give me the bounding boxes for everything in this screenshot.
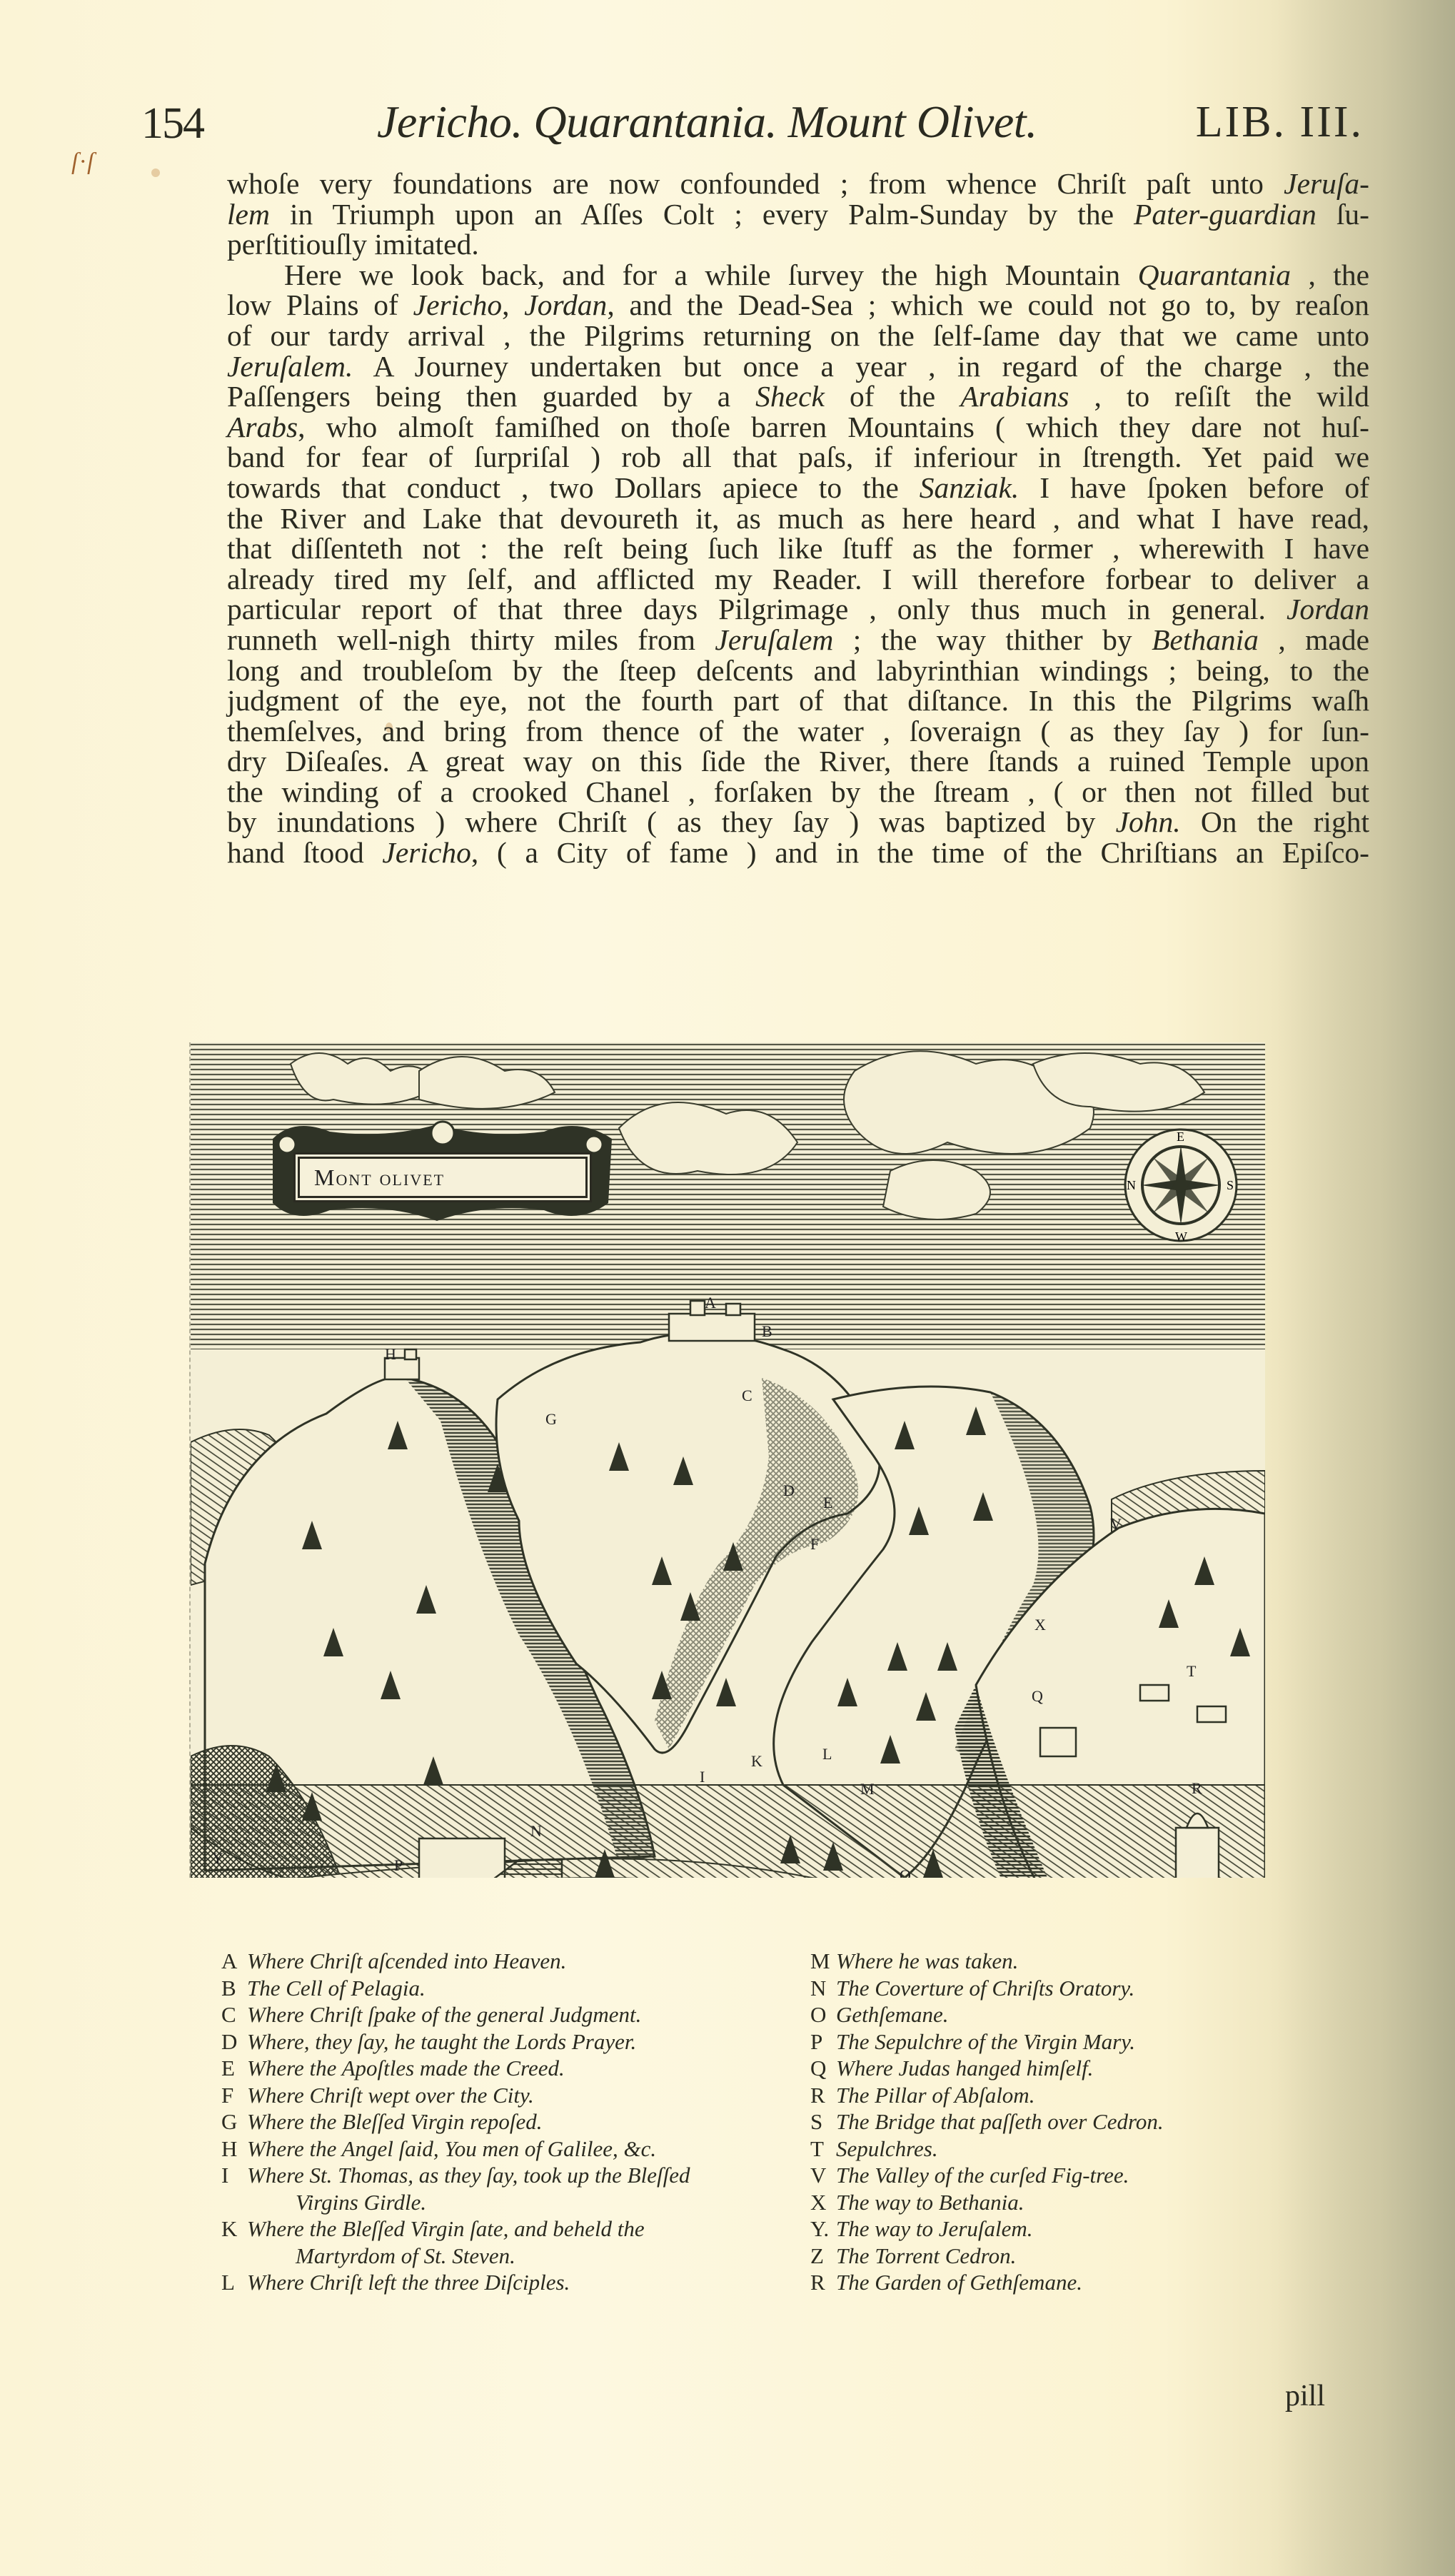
italic-term: Sanziak. xyxy=(920,471,1019,504)
legend-item: TSepulchres. xyxy=(810,2135,1310,2163)
legend-text: The way to Jeruſalem. xyxy=(836,2215,1033,2243)
text-run: dry Diſeaſes. A great way on this ſide t… xyxy=(227,745,1369,778)
page-number: 154 xyxy=(141,99,203,149)
legend-item: MWhere he was taken. xyxy=(810,1948,1310,1975)
legend-key: F xyxy=(221,2082,247,2109)
legend-item: LWhere Chriſt left the three Diſciples. xyxy=(221,2269,792,2296)
legend-item: IWhere St. Thomas, as they ſay, took up … xyxy=(221,2162,792,2215)
legend-text: Where Chriſt ſpake of the general Judgme… xyxy=(247,2001,641,2028)
foxing-stain xyxy=(151,168,160,177)
italic-term: Jeruſa- xyxy=(1284,167,1369,200)
legend-key: S xyxy=(810,2108,836,2135)
book-number: LIB. III. xyxy=(1196,97,1364,148)
legend-key: Z xyxy=(810,2243,836,2270)
running-header: 154 Jericho. Quarantania. Mount Olivet. … xyxy=(141,91,1364,156)
text-line: Paſſengers being then guarded by a Sheck… xyxy=(227,381,1369,412)
text-line: judgment of the eye, not the fourth part… xyxy=(227,685,1369,716)
italic-term: Arabians xyxy=(960,380,1069,413)
legend-item: HWhere the Angel ſaid, You men of Galile… xyxy=(221,2135,792,2163)
legend-text: The Torrent Cedron. xyxy=(836,2243,1016,2270)
legend-text: Where the Bleſſed Virgin repoſed. xyxy=(247,2108,543,2135)
legend-text: The way to Bethania. xyxy=(836,2189,1024,2216)
legend-key: B xyxy=(221,1975,247,2002)
legend-key: I xyxy=(221,2162,247,2189)
map-key-label: Y xyxy=(212,1849,223,1868)
text-run: , and the Dead-Sea ; which we could not … xyxy=(607,288,1369,321)
text-run: that diſſenteth not : the reſt being ſuc… xyxy=(227,532,1369,565)
map-key-label: A xyxy=(705,1294,716,1312)
legend-item: KWhere the Bleſſed Virgin ſate, and behe… xyxy=(221,2215,792,2269)
text-line: by inundations ) where Chriſt ( as they … xyxy=(227,807,1369,837)
text-run: towards that conduct , two Dollars apiec… xyxy=(227,471,920,504)
text-run: , the xyxy=(1291,258,1369,291)
legend-item: CWhere Chriſt ſpake of the general Judgm… xyxy=(221,2001,792,2028)
legend-item: DWhere, they ſay, he taught the Lords Pr… xyxy=(221,2028,792,2056)
text-line: long and troubleſom by the ſteep deſcent… xyxy=(227,655,1369,686)
text-run: perſtitiouſly imitated. xyxy=(227,228,479,261)
legend-text: Sepulchres. xyxy=(836,2135,938,2163)
text-run: themſelves, and bring from thence of the… xyxy=(227,715,1369,748)
map-key-label: E xyxy=(823,1494,832,1512)
legend-left-column: AWhere Chriſt aſcended into Heaven.BThe … xyxy=(221,1948,792,2296)
text-line: dry Diſeaſes. A great way on this ſide t… xyxy=(227,746,1369,777)
italic-term: Arabs xyxy=(227,411,298,443)
legend-item: GWhere the Bleſſed Virgin repoſed. xyxy=(221,2108,792,2135)
mount-olivet-engraving: Mont olivet E N S W ABCDEFGHIKLMNOPQRSTV… xyxy=(189,1042,1265,1878)
title-cartouche: Mont olivet xyxy=(258,1117,626,1228)
legend-item: ZThe Torrent Cedron. xyxy=(810,2243,1310,2270)
map-key-label: N xyxy=(530,1822,542,1841)
text-run: ſu- xyxy=(1316,198,1369,231)
legend-key: R xyxy=(810,2082,836,2109)
text-run: hand ſtood xyxy=(227,836,382,869)
legend-text: The Sepulchre of the Virgin Mary. xyxy=(836,2028,1135,2056)
text-line: the winding of a crooked Chanel , forſak… xyxy=(227,777,1369,807)
map-key-label: V xyxy=(1110,1515,1122,1534)
legend-item: RThe Garden of Gethſemane. xyxy=(810,2269,1310,2296)
italic-term: John. xyxy=(1116,805,1181,838)
compass-rose-icon: E N S W xyxy=(1122,1127,1240,1244)
legend-right-column: MWhere he was taken.NThe Coverture of Ch… xyxy=(810,1948,1310,2296)
italic-term: Jordan xyxy=(524,288,607,321)
text-line: already tired my ſelf, and afflicted my … xyxy=(227,564,1369,595)
map-key-label: Q xyxy=(1032,1687,1043,1706)
legend-text: Where, they ſay, he taught the Lords Pra… xyxy=(247,2028,636,2056)
legend-text: The Garden of Gethſemane. xyxy=(836,2269,1082,2296)
legend-text-continuation: Martyrdom of St. Steven. xyxy=(221,2243,792,2270)
legend-text: The Bridge that paſſeth over Cedron. xyxy=(836,2108,1164,2135)
legend-item: QWhere Judas hanged himſelf. xyxy=(810,2055,1310,2082)
legend-text: The Pillar of Abſalom. xyxy=(836,2082,1034,2109)
text-line: the River and Lake that devoureth it, as… xyxy=(227,503,1369,534)
legend-item: SThe Bridge that paſſeth over Cedron. xyxy=(810,2108,1310,2135)
italic-term: Jeruſalem. xyxy=(227,350,353,383)
legend-item: Y.The way to Jeruſalem. xyxy=(810,2215,1310,2243)
text-run: I have ſpoken before of xyxy=(1019,471,1369,504)
text-run: , xyxy=(502,288,524,321)
map-key-label: C xyxy=(742,1387,752,1405)
text-line: Jeruſalem. A Journey undertaken but once… xyxy=(227,351,1369,382)
text-run: the River and Lake that devoureth it, as… xyxy=(227,502,1369,535)
text-run: the winding of a crooked Chanel , forſak… xyxy=(227,775,1369,808)
legend-item: AWhere Chriſt aſcended into Heaven. xyxy=(221,1948,792,1975)
italic-term: Bethania xyxy=(1152,623,1259,656)
text-run: runneth well-nigh thirty miles from xyxy=(227,623,715,656)
text-run: judgment of the eye, not the fourth part… xyxy=(227,684,1369,717)
legend-text: Where St. Thomas, as they ſay, took up t… xyxy=(247,2162,690,2189)
map-key-label: L xyxy=(822,1745,832,1764)
text-run: ; the way thither by xyxy=(833,623,1152,656)
text-run: long and troubleſom by the ſteep deſcent… xyxy=(227,654,1369,687)
legend-key: A xyxy=(221,1948,247,1975)
text-run: low Plains of xyxy=(227,288,413,321)
text-line: whoſe very foundations are now confounde… xyxy=(227,168,1369,199)
legend-text-continuation: Virgins Girdle. xyxy=(221,2189,792,2216)
legend-text: Where the Apoſtles made the Creed. xyxy=(247,2055,565,2082)
text-run: whoſe very foundations are now confounde… xyxy=(227,167,1284,200)
text-line: towards that conduct , two Dollars apiec… xyxy=(227,473,1369,503)
legend-text: Where the Bleſſed Virgin ſate, and behel… xyxy=(247,2215,645,2243)
svg-text:E: E xyxy=(1177,1129,1184,1144)
legend-item: FWhere Chriſt wept over the City. xyxy=(221,2082,792,2109)
svg-text:W: W xyxy=(1175,1229,1187,1244)
legend-item: NThe Coverture of Chriſts Oratory. xyxy=(810,1975,1310,2002)
legend-key: R xyxy=(810,2269,836,2296)
map-key-label: X xyxy=(1034,1616,1046,1634)
map-key-label: B xyxy=(762,1322,772,1341)
text-run: of the xyxy=(825,380,960,413)
map-key-label: K xyxy=(751,1752,762,1771)
italic-term: Jordan xyxy=(1287,593,1369,625)
map-key-label: T xyxy=(1187,1662,1196,1681)
legend-key: K xyxy=(221,2215,247,2243)
running-title: Jericho. Quarantania. Mount Olivet. xyxy=(377,96,1037,149)
margin-annotation: ſ·ſ xyxy=(71,149,95,176)
text-run: , ( a City of fame ) and in the time of … xyxy=(471,836,1369,869)
legend-key: P xyxy=(810,2028,836,2056)
text-run: Here we look back, and for a while ſurve… xyxy=(284,258,1138,291)
legend-item: PThe Sepulchre of the Virgin Mary. xyxy=(810,2028,1310,2056)
legend-key: N xyxy=(810,1975,836,2002)
legend-key: X xyxy=(810,2189,836,2216)
text-run: A Journey undertaken but once a year , i… xyxy=(353,350,1369,383)
legend-text: The Valley of the curſed Fig-tree. xyxy=(836,2162,1129,2189)
legend-key: V xyxy=(810,2162,836,2189)
legend-key: D xyxy=(221,2028,247,2056)
text-line: low Plains of Jericho, Jordan, and the D… xyxy=(227,290,1369,321)
legend-text: The Coverture of Chriſts Oratory. xyxy=(836,1975,1134,2002)
legend-key: Y. xyxy=(810,2215,836,2243)
legend-text: Where Chriſt left the three Diſciples. xyxy=(247,2269,570,2296)
text-run: already tired my ſelf, and afflicted my … xyxy=(227,563,1369,595)
map-key-label: H xyxy=(385,1345,396,1364)
map-key-label: R xyxy=(1192,1779,1202,1798)
map-key-label: G xyxy=(545,1410,557,1429)
body-text: whoſe very foundations are now confounde… xyxy=(227,168,1369,868)
text-run: by inundations ) where Chriſt ( as they … xyxy=(227,805,1116,838)
italic-term: Pater-guardian xyxy=(1134,198,1316,231)
text-line: lem in Triumph upon an Aſſes Colt ; ever… xyxy=(227,199,1369,230)
legend-text: Where the Angel ſaid, You men of Galilee… xyxy=(247,2135,656,2163)
italic-term: lem xyxy=(227,198,270,231)
text-line: of our tardy arrival , the Pilgrims retu… xyxy=(227,321,1369,351)
legend-key: T xyxy=(810,2135,836,2163)
text-line: themſelves, and bring from thence of the… xyxy=(227,716,1369,747)
legend-key: Q xyxy=(810,2055,836,2082)
map-key-label: F xyxy=(810,1535,819,1554)
italic-term: Sheck xyxy=(755,380,825,413)
legend-key: O xyxy=(810,2001,836,2028)
text-run: , who almoſt famiſhed on thoſe barren Mo… xyxy=(298,411,1369,443)
text-run: in Triumph upon an Aſſes Colt ; every Pa… xyxy=(270,198,1134,231)
text-run: On the right xyxy=(1181,805,1369,838)
legend-text: Where Chriſt aſcended into Heaven. xyxy=(247,1948,566,1975)
legend-key: C xyxy=(221,2001,247,2028)
engraving-title: Mont olivet xyxy=(314,1164,445,1191)
text-line: that diſſenteth not : the reſt being ſuc… xyxy=(227,533,1369,564)
italic-term: Jericho xyxy=(413,288,502,321)
text-line: perſtitiouſly imitated. xyxy=(227,229,1369,260)
legend-item: XThe way to Bethania. xyxy=(810,2189,1310,2216)
catchword: pill xyxy=(1285,2379,1325,2413)
text-line: runneth well-nigh thirty miles from Jeru… xyxy=(227,625,1369,655)
legend-key: H xyxy=(221,2135,247,2163)
text-run: band for fear of ſurpriſal ) rob all tha… xyxy=(227,441,1369,473)
legend-item: OGethſemane. xyxy=(810,2001,1310,2028)
legend-text: Where Chriſt wept over the City. xyxy=(247,2082,534,2109)
legend-key: M xyxy=(810,1948,836,1975)
legend-text: Where he was taken. xyxy=(836,1948,1018,1975)
text-line: particular report of that three days Pil… xyxy=(227,594,1369,625)
text-line: band for fear of ſurpriſal ) rob all tha… xyxy=(227,442,1369,473)
map-key-label: D xyxy=(783,1481,795,1500)
legend-key: E xyxy=(221,2055,247,2082)
text-run: particular report of that three days Pil… xyxy=(227,593,1287,625)
text-run: Paſſengers being then guarded by a xyxy=(227,380,755,413)
legend-item: VThe Valley of the curſed Fig-tree. xyxy=(810,2162,1310,2189)
italic-term: Jeruſalem xyxy=(715,623,833,656)
map-key-label: M xyxy=(860,1780,875,1798)
map-key-label: I xyxy=(700,1768,705,1786)
italic-term: Quarantania xyxy=(1138,258,1291,291)
text-line: hand ſtood Jericho, ( a City of fame ) a… xyxy=(227,837,1369,868)
legend-key: G xyxy=(221,2108,247,2135)
legend-text: Where Judas hanged himſelf. xyxy=(836,2055,1093,2082)
italic-term: Jericho xyxy=(382,836,470,869)
legend-text: Gethſemane. xyxy=(836,2001,949,2028)
legend-key: L xyxy=(221,2269,247,2296)
text-line: Arabs, who almoſt famiſhed on thoſe barr… xyxy=(227,412,1369,443)
svg-text:N: N xyxy=(1127,1178,1136,1192)
map-key-label: O xyxy=(900,1866,911,1878)
legend-item: BThe Cell of Pelagia. xyxy=(221,1975,792,2002)
svg-text:S: S xyxy=(1227,1178,1234,1192)
text-run: of our tardy arrival , the Pilgrims retu… xyxy=(227,319,1369,352)
cartouche-plate: Mont olivet xyxy=(298,1157,588,1198)
legend-item: RThe Pillar of Abſalom. xyxy=(810,2082,1310,2109)
legend-text: The Cell of Pelagia. xyxy=(247,1975,426,2002)
legend-item: EWhere the Apoſtles made the Creed. xyxy=(221,2055,792,2082)
text-run: , to reſiſt the wild xyxy=(1069,380,1369,413)
map-key-label: P xyxy=(394,1856,403,1875)
text-run: , made xyxy=(1259,623,1369,656)
text-line: Here we look back, and for a while ſurve… xyxy=(227,260,1369,291)
